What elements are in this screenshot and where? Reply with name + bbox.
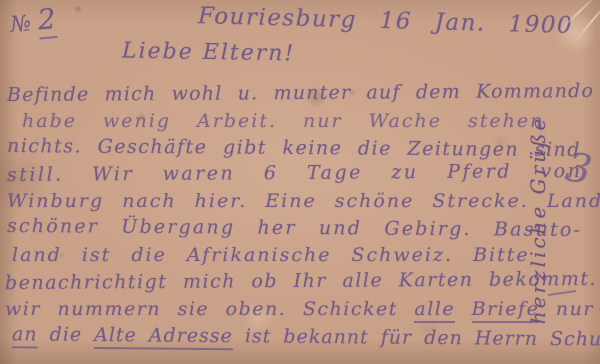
line-text: still. Wir waren 6 Tage zu Pferd von <box>7 160 583 186</box>
postcard-scan: № 2 Fouriesburg 16 Jan. 1900 Liebe Elter… <box>0 0 600 364</box>
line-text: benachrichtigt mich ob Ihr alle Karten b… <box>5 268 597 294</box>
handwriting-line-7: land ist die Afrikanische Schweiz. Bitte <box>12 244 530 266</box>
handwriting-line-6: schöner Übergang her und Gebirg. Basuto- <box>7 215 582 241</box>
handwriting-line-1: Befinde mich wohl u. munter auf dem Komm… <box>7 80 594 106</box>
underlined-word-an: an <box>12 323 38 348</box>
line-text: schöner Übergang her und Gebirg. Basuto- <box>7 215 582 241</box>
line-text: Winburg nach hier. Eine schöne Strecke. … <box>7 190 600 212</box>
line-text: nichts. Geschäfte gibt keine die Zeitung… <box>7 135 581 161</box>
line-text <box>455 298 472 320</box>
line-text: land ist die Afrikanische Schweiz. Bitte <box>12 244 530 266</box>
handwriting-line-5: Winburg nach hier. Eine schöne Strecke. … <box>7 190 600 212</box>
handwriting-line-4: still. Wir waren 6 Tage zu Pferd von <box>7 160 583 186</box>
ink-dash-mark <box>548 290 576 296</box>
line-text: wir nummern sie oben. Schicket <box>5 298 414 320</box>
line-text: die <box>37 323 94 345</box>
underlined-words-alte-adresse: Alte Adresse <box>94 324 233 350</box>
handwriting-line-3: nichts. Geschäfte gibt keine die Zeitung… <box>7 135 581 161</box>
handwriting-line-10: an die Alte Adresse ist bekannt für den … <box>12 323 600 350</box>
salutation: Liebe Eltern! <box>122 38 296 66</box>
line-text: Befinde mich wohl u. munter auf dem Komm… <box>7 80 594 106</box>
handwriting-line-8: benachrichtigt mich ob Ihr alle Karten b… <box>5 268 597 294</box>
dateline: Fouriesburg 16 Jan. 1900 <box>198 3 574 39</box>
card-number-prefix: № <box>9 11 32 38</box>
handwriting-line-9: wir nummern sie oben. Schicket alle Brie… <box>5 298 594 320</box>
underlined-word-alle: alle <box>414 298 455 323</box>
handwriting-line-2: habe wenig Arbeit. nur Wache stehen <box>22 110 544 132</box>
card-number: № 2 <box>9 2 57 39</box>
vertical-margin-note: herzliche Grüße <box>526 90 550 350</box>
card-number-value: 2 <box>36 2 57 39</box>
line-text: habe wenig Arbeit. nur Wache stehen <box>22 110 544 132</box>
